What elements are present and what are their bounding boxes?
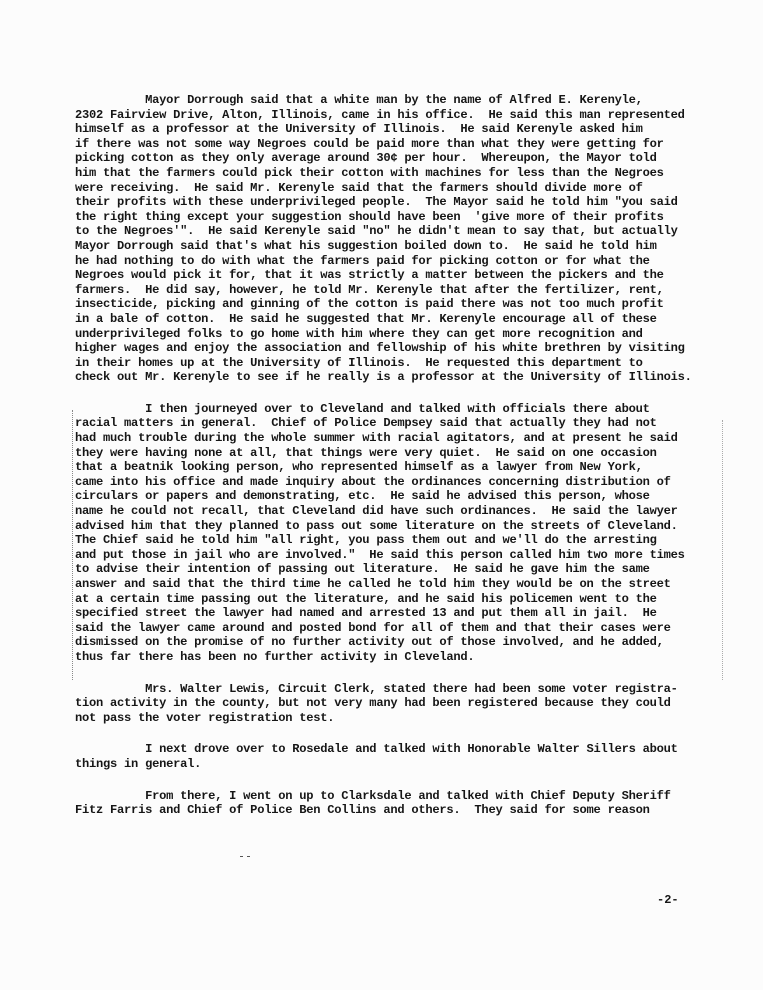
- text-line: himself as a professor at the University…: [75, 122, 763, 137]
- text-line: I next drove over to Rosedale and talked…: [75, 742, 763, 757]
- text-line: in their homes up at the University of I…: [75, 356, 763, 371]
- text-line: name he could not recall, that Cleveland…: [75, 504, 763, 519]
- text-line: higher wages and enjoy the association a…: [75, 341, 763, 356]
- text-line: Mrs. Walter Lewis, Circuit Clerk, stated…: [75, 682, 763, 697]
- text-line: answer and said that the third time he c…: [75, 577, 763, 592]
- text-line: insecticide, picking and ginning of the …: [75, 297, 763, 312]
- paragraph-walter-lewis: Mrs. Walter Lewis, Circuit Clerk, stated…: [75, 682, 763, 726]
- text-line: dismissed on the promise of no further a…: [75, 635, 763, 650]
- text-line: From there, I went on up to Clarksdale a…: [75, 789, 763, 804]
- text-line: advised him that they planned to pass ou…: [75, 519, 763, 534]
- text-line: at a certain time passing out the litera…: [75, 592, 763, 607]
- text-line: The Chief said he told him "all right, y…: [75, 533, 763, 548]
- text-line: their profits with these underprivileged…: [75, 195, 763, 210]
- text-line: picking cotton as they only average arou…: [75, 151, 763, 166]
- scan-speck: [247, 856, 250, 857]
- text-line: him that the farmers could pick their co…: [75, 166, 763, 181]
- text-line: racial matters in general. Chief of Poli…: [75, 416, 763, 431]
- text-line: Mayor Dorrough said that's what his sugg…: [75, 239, 763, 254]
- text-line: specified street the lawyer had named an…: [75, 606, 763, 621]
- scan-speck: [240, 856, 243, 857]
- page-number: -2-: [657, 893, 679, 907]
- text-line: tion activity in the county, but not ver…: [75, 696, 763, 711]
- text-line: underprivileged folks to go home with hi…: [75, 327, 763, 342]
- text-line: check out Mr. Kerenyle to see if he real…: [75, 370, 763, 385]
- text-line: Negroes would pick it for, that it was s…: [75, 268, 763, 283]
- text-line: he had nothing to do with what the farme…: [75, 254, 763, 269]
- text-line: farmers. He did say, however, he told Mr…: [75, 283, 763, 298]
- text-line: I then journeyed over to Cleveland and t…: [75, 402, 763, 417]
- text-line: Mayor Dorrough said that a white man by …: [75, 93, 763, 108]
- text-line: in a bale of cotton. He said he suggeste…: [75, 312, 763, 327]
- paragraph-clarksdale: From there, I went on up to Clarksdale a…: [75, 789, 763, 818]
- text-line: had much trouble during the whole summer…: [75, 431, 763, 446]
- text-line: were receiving. He said Mr. Kerenyle sai…: [75, 181, 763, 196]
- text-line: the right thing except your suggestion s…: [75, 210, 763, 225]
- text-line: came into his office and made inquiry ab…: [75, 475, 763, 490]
- text-line: Fitz Farris and Chief of Police Ben Coll…: [75, 803, 763, 818]
- document-page: Mayor Dorrough said that a white man by …: [0, 0, 763, 990]
- text-line: things in general.: [75, 757, 763, 772]
- text-line: 2302 Fairview Drive, Alton, Illinois, ca…: [75, 108, 763, 123]
- text-line: to advise their intention of passing out…: [75, 562, 763, 577]
- text-line: that a beatnik looking person, who repre…: [75, 460, 763, 475]
- text-line: they were having none at all, that thing…: [75, 446, 763, 461]
- text-line: and put those in jail who are involved."…: [75, 548, 763, 563]
- margin-mark-left: [72, 410, 74, 680]
- paragraph-cleveland: I then journeyed over to Cleveland and t…: [75, 402, 763, 665]
- text-line: if there was not some way Negroes could …: [75, 137, 763, 152]
- text-line: not pass the voter registration test.: [75, 711, 763, 726]
- document-body: Mayor Dorrough said that a white man by …: [75, 93, 763, 835]
- text-line: circulars or papers and demonstrating, e…: [75, 489, 763, 504]
- text-line: to the Negroes'". He said Kerenyle said …: [75, 224, 763, 239]
- text-line: thus far there has been no further activ…: [75, 650, 763, 665]
- paragraph-rosedale: I next drove over to Rosedale and talked…: [75, 742, 763, 771]
- paragraph-mayor-dorrough: Mayor Dorrough said that a white man by …: [75, 93, 763, 385]
- text-line: said the lawyer came around and posted b…: [75, 621, 763, 636]
